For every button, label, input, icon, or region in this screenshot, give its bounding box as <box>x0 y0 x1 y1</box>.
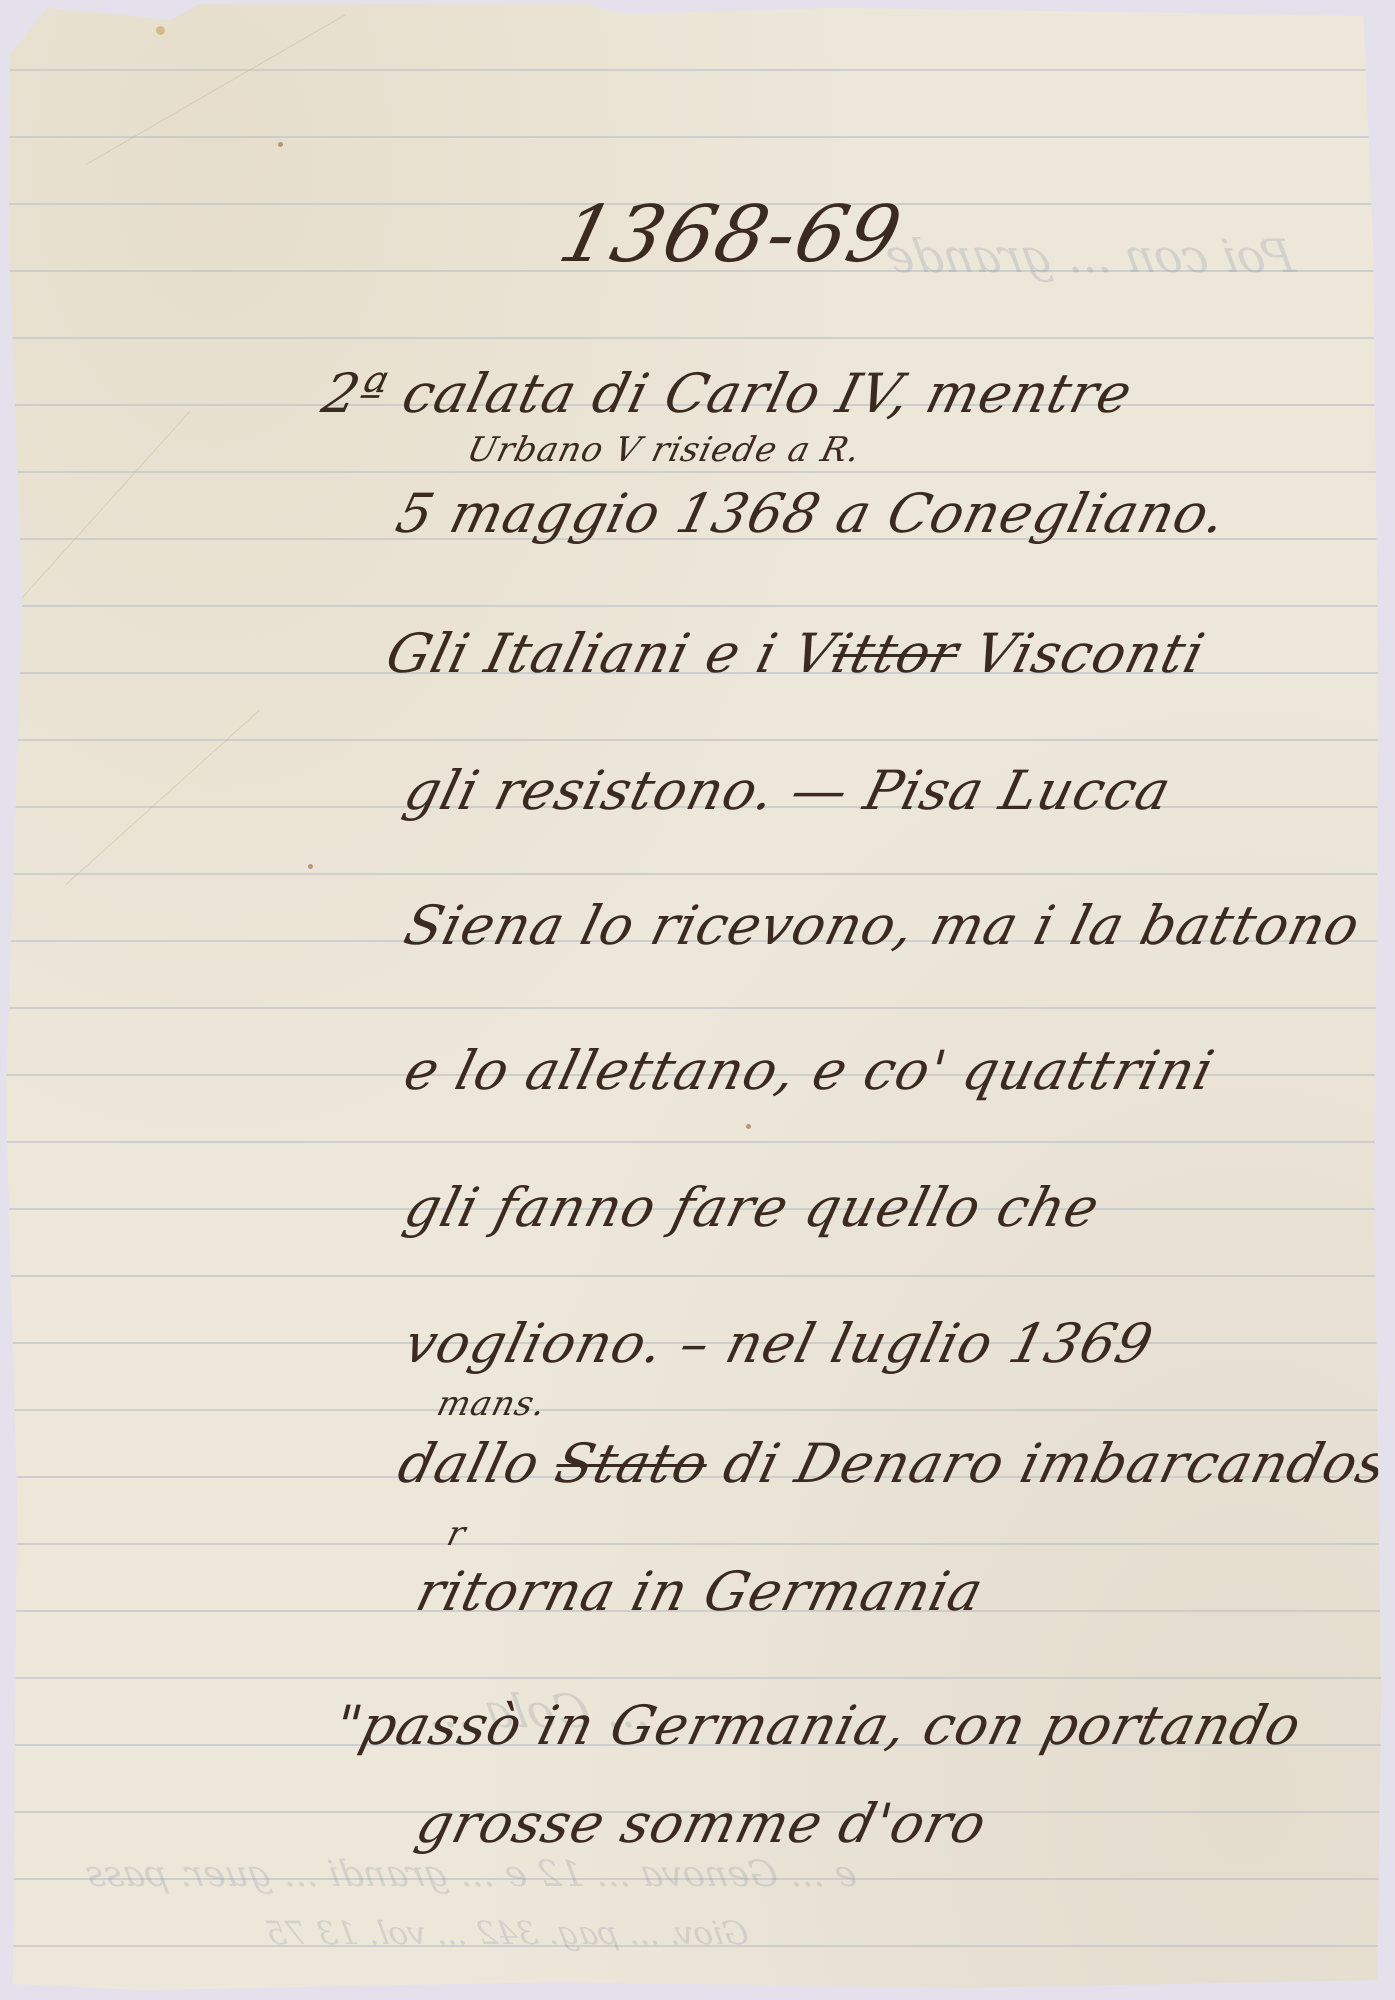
interlinear-note: r <box>443 1514 470 1554</box>
paper-crease <box>16 411 191 605</box>
line-segment: Visconti <box>968 622 1211 685</box>
paper-speck <box>746 1124 751 1129</box>
bleed-through-text: Poi con ... grande <box>881 229 1298 283</box>
manuscript-line: vogliono. – nel luglio 1369 <box>398 1312 1160 1375</box>
paper-crease <box>66 710 260 885</box>
manuscript-line: grosse somme d'oro <box>410 1792 993 1855</box>
manuscript-line: 2ª calata di Carlo IV, mentre <box>316 362 1139 425</box>
manuscript-line: "passò in Germania, con portando <box>328 1694 1308 1757</box>
struck-word: ittor <box>826 622 966 685</box>
manuscript-line: Gli Italiani e i Vittor Visconti <box>380 622 1211 685</box>
bleed-through-text: e ... Genova ... 12 e ... grandi ... gue… <box>82 1854 859 1895</box>
manuscript-line: gli resistono. — Pisa Lucca <box>398 759 1177 822</box>
line-segment: dallo <box>392 1432 547 1495</box>
paper-speck <box>278 142 283 147</box>
interlinear-note: Urbano V risiede a R. <box>463 430 865 470</box>
manuscript-line: dallo Stato di Denaro imbarcandosi <box>392 1432 1395 1495</box>
manuscript-line: ritorna in Germania <box>410 1560 990 1623</box>
line-segment: di Denaro imbarcandosi <box>717 1432 1395 1495</box>
line-segment: Gli Italiani e i V <box>380 622 841 685</box>
manuscript-page: Poi con ... grande ... Cola ... e ... Ge… <box>6 4 1384 1994</box>
interlinear-note: mans. <box>433 1384 551 1424</box>
page-title: 1368-69 <box>551 190 912 280</box>
bleed-through-text: Giov. ... pag. 342 ... vol. 13 75 <box>263 1914 752 1952</box>
struck-word: Stato <box>549 1432 715 1495</box>
paper-speck <box>308 864 313 869</box>
manuscript-line: gli fanno fare quello che <box>398 1176 1106 1239</box>
manuscript-line: Siena lo ricevono, ma i la battono <box>398 894 1367 957</box>
manuscript-line: e lo allettano, e co' quattrini <box>398 1039 1221 1102</box>
manuscript-line: 5 maggio 1368 a Conegliano. <box>390 482 1233 545</box>
paper-crease <box>86 14 346 165</box>
paper-speck <box>156 26 165 35</box>
